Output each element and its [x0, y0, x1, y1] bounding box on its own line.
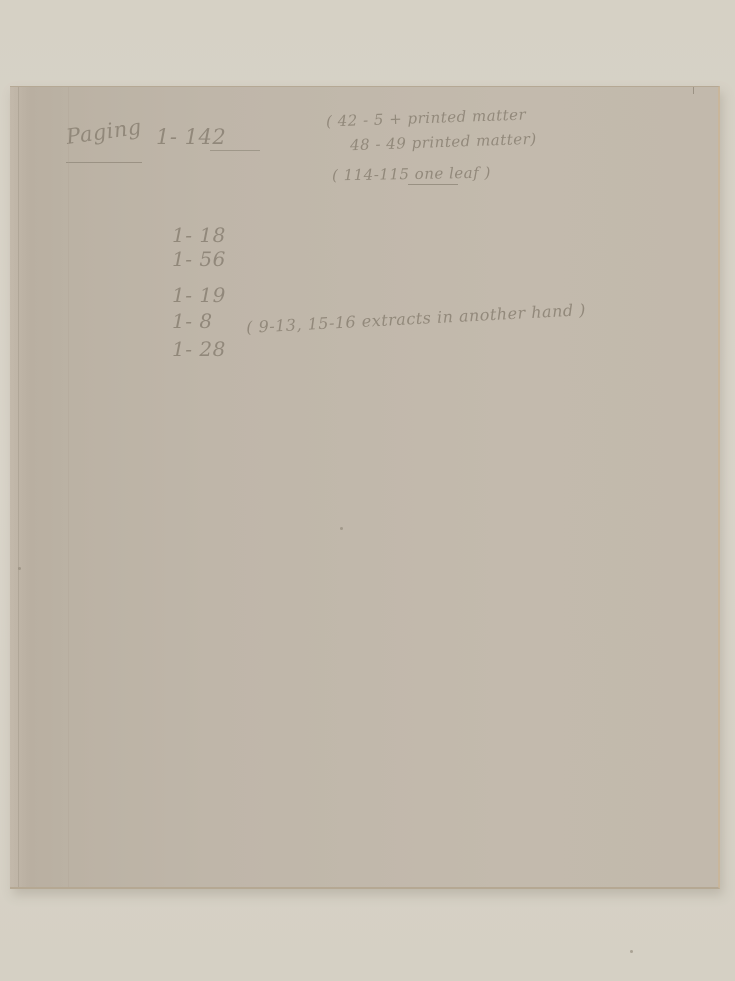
one-leaf-underline [408, 184, 458, 185]
backdrop-speck [630, 950, 633, 953]
sub-range-1: 1- 18 [172, 223, 226, 247]
sub-range-5: 1- 28 [172, 337, 226, 361]
note-one-leaf: ( 114-115 one leaf ) [332, 164, 491, 185]
paper-speck [18, 567, 21, 570]
note-printed-matter-1: ( 42 - 5 + printed matter [326, 106, 527, 131]
sub-range-4: 1- 8 [172, 309, 213, 333]
paper-speck [340, 527, 343, 530]
main-page-range: 1- 142 [156, 125, 226, 149]
manuscript-sheet: Paging 1- 142 ( 42 - 5 + printed matter … [10, 86, 720, 889]
sub-range-2: 1- 56 [172, 247, 226, 271]
paging-label-underline [66, 162, 142, 163]
paging-label: Paging [65, 115, 143, 149]
note-extracts-another-hand: ( 9-13, 15-16 extracts in another hand ) [246, 300, 587, 337]
page-number-mark [693, 87, 694, 94]
note-printed-matter-2: 48 - 49 printed matter) [350, 130, 537, 155]
sub-range-3: 1- 19 [172, 283, 226, 307]
main-range-underline [210, 150, 260, 151]
